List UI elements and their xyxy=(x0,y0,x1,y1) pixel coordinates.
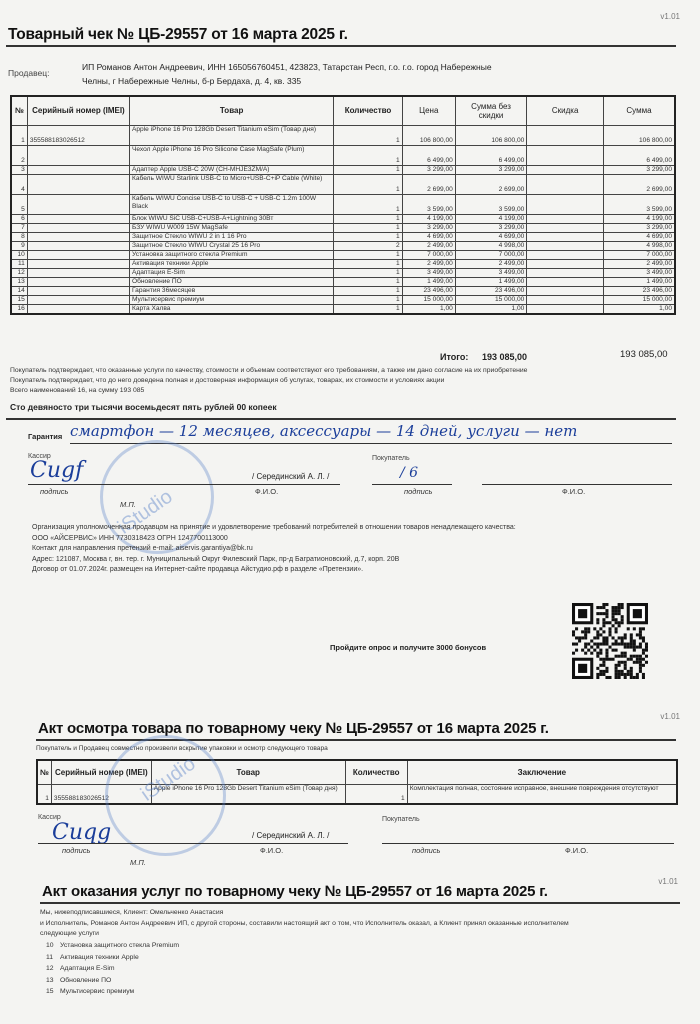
cell-qty: 1 xyxy=(334,174,402,194)
cell-discount xyxy=(527,304,604,314)
cell-item: Карта Халва xyxy=(129,304,333,314)
buyer-signature: / 6 xyxy=(400,465,418,481)
cell-discount xyxy=(527,295,604,304)
cell-item: Кабель WIWU Starlink USB-C to Micro+USB-… xyxy=(129,174,333,194)
cell-item: Адаптация E-Sim xyxy=(129,268,333,277)
seller-line-1: ИП Романов Антон Андреевич, ИНН 16505676… xyxy=(82,60,492,74)
warranty-label: Гарантия xyxy=(28,432,62,441)
cell-no: 4 xyxy=(11,174,27,194)
service-number: 10 xyxy=(46,940,60,952)
stamp-place-label: М.П. xyxy=(120,500,136,509)
cell-discount xyxy=(527,165,604,174)
cell-item: Apple iPhone 16 Pro 128Gb Desert Titaniu… xyxy=(129,125,333,145)
version-label: v1.01 xyxy=(660,12,680,21)
cell-sum: 1 499,00 xyxy=(603,277,675,286)
cell-sum-nodisc: 3 299,00 xyxy=(455,223,527,232)
cell-qty: 1 xyxy=(334,145,402,165)
cell-sum-nodisc: 1,00 xyxy=(455,304,527,314)
service-number: 15 xyxy=(46,986,60,998)
cell-qty: 1 xyxy=(334,165,402,174)
warranty-handwritten: смартфон — 12 месяцев, аксессуары — 14 д… xyxy=(70,422,577,440)
cell-sum: 4 199,00 xyxy=(603,214,675,223)
total-nodisc: 193 085,00 xyxy=(482,352,527,362)
cell-sum: 3 299,00 xyxy=(603,165,675,174)
cell-no: 6 xyxy=(11,214,27,223)
cell-discount xyxy=(527,277,604,286)
cell-serial xyxy=(27,250,129,259)
org-line-2: ООО «АЙСЕРВИС» ИНН 7730318423 ОГРН 12477… xyxy=(32,534,516,545)
cell-qty: 1 xyxy=(334,194,402,214)
cell-no: 8 xyxy=(11,232,27,241)
cell-discount xyxy=(527,125,604,145)
cell-discount xyxy=(527,259,604,268)
cell-serial xyxy=(27,286,129,295)
cell-price: 1,00 xyxy=(402,304,455,314)
org-line-1: Организация уполномоченная продавцом на … xyxy=(32,523,516,534)
cell-sum-nodisc: 15 000,00 xyxy=(455,295,527,304)
services-intro: Мы, нижеподписавшиеся, Клиент: Омельченк… xyxy=(40,908,680,940)
cell-no: 14 xyxy=(11,286,27,295)
table-row: 8Защитное Стекло WIWU 2 in 1 16 Pro14 69… xyxy=(11,232,675,241)
service-name: Мультисервис премиум xyxy=(60,988,134,995)
cell-sum-nodisc: 3 499,00 xyxy=(455,268,527,277)
cell-price: 2 499,00 xyxy=(402,241,455,250)
cell-qty: 1 xyxy=(334,232,402,241)
table-row: 7БЗУ WIWU W009 15W MagSafe13 299,003 299… xyxy=(11,223,675,232)
insp-buyer-line xyxy=(382,843,674,844)
service-number: 12 xyxy=(46,963,60,975)
cell-price: 3 499,00 xyxy=(402,268,455,277)
cell-price: 3 299,00 xyxy=(402,165,455,174)
cell-serial xyxy=(27,259,129,268)
cell-sum-nodisc: 6 499,00 xyxy=(455,145,527,165)
section-rule xyxy=(6,418,676,420)
cell-sum: 2 499,00 xyxy=(603,259,675,268)
cashier-name: / Серединский А. Л. / xyxy=(252,472,329,481)
inspection-stamp-text: iStudio xyxy=(137,753,200,807)
table-row: 5Кабель WIWU Concise USB-C to USB-C + US… xyxy=(11,194,675,214)
cell-serial xyxy=(27,145,129,165)
insp-signature-caption: подпись xyxy=(62,846,90,855)
insp-row-no: 1 xyxy=(37,784,51,804)
table-row: 13Обновление ПО11 499,001 499,001 499,00 xyxy=(11,277,675,286)
cell-serial xyxy=(27,295,129,304)
title-rule xyxy=(6,45,676,47)
table-row: 3Адаптер Apple USB-C 20W (CH-MHJE3ZM/A)1… xyxy=(11,165,675,174)
service-number: 13 xyxy=(46,975,60,987)
cell-serial xyxy=(27,241,129,250)
cell-qty: 1 xyxy=(334,125,402,145)
cell-no: 10 xyxy=(11,250,27,259)
cell-discount xyxy=(527,223,604,232)
cell-qty: 1 xyxy=(334,286,402,295)
cell-price: 23 496,00 xyxy=(402,286,455,295)
insp-col-no: № xyxy=(37,760,51,784)
qr-code-icon xyxy=(572,603,648,679)
cell-item: Мультисервис премиум xyxy=(129,295,333,304)
services-line-3: следующие услуги xyxy=(40,929,680,940)
cell-no: 12 xyxy=(11,268,27,277)
total-sum: 193 085,00 xyxy=(620,349,668,360)
cell-sum: 3 499,00 xyxy=(603,268,675,277)
cell-serial xyxy=(27,165,129,174)
insp-cashier-name: / Серединский А. Л. / xyxy=(252,831,329,840)
cell-qty: 2 xyxy=(334,241,402,250)
cashier-fio-caption: Ф.И.О. xyxy=(255,487,278,496)
confirm-text: Покупатель подтверждает, что оказанные у… xyxy=(10,366,527,396)
cashier-signature-caption: подпись xyxy=(40,487,68,496)
insp-buyer-fio-caption: Ф.И.О. xyxy=(565,846,588,855)
cell-sum-nodisc: 3 599,00 xyxy=(455,194,527,214)
col-qty: Количество xyxy=(334,96,402,125)
services-line-1: Мы, нижеподписавшиеся, Клиент: Омельченк… xyxy=(40,908,680,919)
seller-info: ИП Романов Антон Андреевич, ИНН 16505676… xyxy=(82,60,492,88)
insp-buyer-label: Покупатель xyxy=(382,816,420,823)
services-version: v1.01 xyxy=(658,877,678,886)
cell-discount xyxy=(527,214,604,223)
cell-no: 2 xyxy=(11,145,27,165)
cell-item: Чехол Apple iPhone 16 Pro Silicone Case … xyxy=(129,145,333,165)
inspection-version: v1.01 xyxy=(660,712,680,721)
cell-item: Гарантия 36месяцев xyxy=(129,286,333,295)
cell-sum: 4 699,00 xyxy=(603,232,675,241)
cell-sum-nodisc: 2 499,00 xyxy=(455,259,527,268)
inspection-title: Акт осмотра товара по товарному чеку № Ц… xyxy=(38,720,549,737)
cell-price: 2 699,00 xyxy=(402,174,455,194)
services-title: Акт оказания услуг по товарному чеку № Ц… xyxy=(42,883,548,900)
cell-price: 4 199,00 xyxy=(402,214,455,223)
cell-serial xyxy=(27,194,129,214)
org-line-4: Адрес: 121087, Москва г, вн. тер. г. Мун… xyxy=(32,555,516,566)
table-row: 1355588183026512Apple iPhone 16 Pro 128G… xyxy=(11,125,675,145)
table-row: 6Блок WIWU SiC USB-C+USB-A+Lightning 30В… xyxy=(11,214,675,223)
buyer-signature-caption: подпись xyxy=(404,487,432,496)
cell-sum-nodisc: 1 499,00 xyxy=(455,277,527,286)
table-row: 10Установка защитного стекла Premium17 0… xyxy=(11,250,675,259)
cell-sum-nodisc: 2 699,00 xyxy=(455,174,527,194)
cell-discount xyxy=(527,286,604,295)
service-item: 13Обновление ПО xyxy=(46,975,179,987)
cell-sum: 7 000,00 xyxy=(603,250,675,259)
cell-sum: 15 000,00 xyxy=(603,295,675,304)
cell-sum-nodisc: 106 800,00 xyxy=(455,125,527,145)
cell-price: 7 000,00 xyxy=(402,250,455,259)
cell-price: 6 499,00 xyxy=(402,145,455,165)
cell-item: Обновление ПО xyxy=(129,277,333,286)
col-price: Цена xyxy=(402,96,455,125)
table-row: 16Карта Халва11,001,001,00 xyxy=(11,304,675,314)
cell-sum: 3 599,00 xyxy=(603,194,675,214)
cell-sum: 3 299,00 xyxy=(603,223,675,232)
cell-item: Активация техники Apple xyxy=(129,259,333,268)
amount-in-words: Сто девяносто три тысячи восемьдесят пят… xyxy=(10,402,277,412)
cell-sum-nodisc: 4 998,00 xyxy=(455,241,527,250)
insp-buyer-signature-caption: подпись xyxy=(412,846,440,855)
buyer-fio-caption: Ф.И.О. xyxy=(562,487,585,496)
seller-line-2: Челны, г Набережные Челны, б-р Бердаха, … xyxy=(82,74,492,88)
table-row: 12Адаптация E-Sim13 499,003 499,003 499,… xyxy=(11,268,675,277)
seller-label: Продавец: xyxy=(8,68,49,78)
buyer-label: Покупатель xyxy=(372,455,410,462)
cell-sum-nodisc: 4 199,00 xyxy=(455,214,527,223)
table-header-row: № Серийный номер (IMEI) Товар Количество… xyxy=(11,96,675,125)
service-number: 11 xyxy=(46,952,60,964)
services-rule xyxy=(40,902,680,904)
cell-discount xyxy=(527,174,604,194)
cell-no: 5 xyxy=(11,194,27,214)
insp-fio-caption: Ф.И.О. xyxy=(260,846,283,855)
service-item: 10Установка защитного стекла Premium xyxy=(46,940,179,952)
cell-serial xyxy=(27,232,129,241)
insp-col-conclusion: Заключение xyxy=(407,760,677,784)
inspection-stamp: iStudio xyxy=(105,735,226,856)
cell-qty: 1 xyxy=(334,304,402,314)
cell-qty: 1 xyxy=(334,223,402,232)
cell-price: 2 499,00 xyxy=(402,259,455,268)
cell-price: 3 599,00 xyxy=(402,194,455,214)
insp-row-conclusion: Комплектация полная, состояние исправное… xyxy=(407,784,677,804)
cell-serial xyxy=(27,174,129,194)
cell-qty: 1 xyxy=(334,268,402,277)
cell-qty: 1 xyxy=(334,214,402,223)
org-line-5: Договор от 01.07.2024г. размещен на Инте… xyxy=(32,565,516,576)
col-discount: Скидка xyxy=(527,96,604,125)
cell-serial xyxy=(27,223,129,232)
cell-qty: 1 xyxy=(334,277,402,286)
cell-qty: 1 xyxy=(334,250,402,259)
insp-row-qty: 1 xyxy=(345,784,407,804)
cell-sum: 1,00 xyxy=(603,304,675,314)
cell-price: 4 699,00 xyxy=(402,232,455,241)
cell-no: 13 xyxy=(11,277,27,286)
cashier-sign-line xyxy=(28,484,340,485)
inspection-rule xyxy=(36,739,676,741)
cell-serial xyxy=(27,277,129,286)
receipt-title: Товарный чек № ЦБ-29557 от 16 марта 2025… xyxy=(8,26,348,44)
cell-no: 15 xyxy=(11,295,27,304)
cell-serial xyxy=(27,304,129,314)
cell-serial: 355588183026512 xyxy=(27,125,129,145)
cell-discount xyxy=(527,145,604,165)
cell-discount xyxy=(527,194,604,214)
table-row: 9Защитное Стекло WIWU Crystal 25 16 Pro2… xyxy=(11,241,675,250)
cell-no: 16 xyxy=(11,304,27,314)
cell-discount xyxy=(527,268,604,277)
cell-sum: 4 998,00 xyxy=(603,241,675,250)
org-line-3: Контакт для направления претензий e-mail… xyxy=(32,544,516,555)
buyer-fio-line xyxy=(482,484,672,485)
service-item: 11Активация техники Apple xyxy=(46,952,179,964)
cell-item: Защитное Стекло WIWU 2 in 1 16 Pro xyxy=(129,232,333,241)
cell-price: 1 499,00 xyxy=(402,277,455,286)
cell-item: Защитное Стекло WIWU Crystal 25 16 Pro xyxy=(129,241,333,250)
cell-discount xyxy=(527,250,604,259)
cell-sum: 23 496,00 xyxy=(603,286,675,295)
table-row: 2Чехол Apple iPhone 16 Pro Silicone Case… xyxy=(11,145,675,165)
cell-item: Адаптер Apple USB-C 20W (CH-MHJE3ZM/A) xyxy=(129,165,333,174)
service-name: Установка защитного стекла Premium xyxy=(60,942,179,949)
cell-sum: 6 499,00 xyxy=(603,145,675,165)
cell-item: БЗУ WIWU W009 15W MagSafe xyxy=(129,223,333,232)
cell-item: Установка защитного стекла Premium xyxy=(129,250,333,259)
cell-item: Блок WIWU SiC USB-C+USB-A+Lightning 30Вт xyxy=(129,214,333,223)
cashier-signature: Cugf xyxy=(30,458,83,483)
confirm-line-2: Покупатель подтверждает, что до него дов… xyxy=(10,376,527,386)
total-label: Итого: xyxy=(440,352,468,362)
cell-sum-nodisc: 3 299,00 xyxy=(455,165,527,174)
buyer-sign-line xyxy=(372,484,452,485)
cell-price: 15 000,00 xyxy=(402,295,455,304)
table-row: 11Активация техники Apple12 499,002 499,… xyxy=(11,259,675,268)
services-line-2: и Исполнитель, Романов Антон Андреевич И… xyxy=(40,919,680,930)
col-item: Товар xyxy=(129,96,333,125)
receipt-table: № Серийный номер (IMEI) Товар Количество… xyxy=(10,95,676,315)
cell-qty: 1 xyxy=(334,259,402,268)
cell-discount xyxy=(527,241,604,250)
insp-stamp-place: М.П. xyxy=(130,858,146,867)
cell-item: Кабель WIWU Concise USB-C to USB-C + USB… xyxy=(129,194,333,214)
col-sum: Сумма xyxy=(603,96,675,125)
cell-sum-nodisc: 4 699,00 xyxy=(455,232,527,241)
cell-sum: 2 699,00 xyxy=(603,174,675,194)
col-sum-nodisc: Сумма без скидки xyxy=(455,96,527,125)
services-list: 10Установка защитного стекла Premium11Ак… xyxy=(46,940,179,998)
insp-col-qty: Количество xyxy=(345,760,407,784)
cell-sum-nodisc: 23 496,00 xyxy=(455,286,527,295)
org-info: Организация уполномоченная продавцом на … xyxy=(32,523,516,576)
service-name: Адаптация E-Sim xyxy=(60,965,115,972)
cell-sum-nodisc: 7 000,00 xyxy=(455,250,527,259)
service-item: 15Мультисервис премиум xyxy=(46,986,179,998)
cell-price: 3 299,00 xyxy=(402,223,455,232)
cell-serial xyxy=(27,214,129,223)
col-no: № xyxy=(11,96,27,125)
items-count: Всего наименований 16, на сумму 193 085 xyxy=(10,386,527,396)
cell-sum: 106 800,00 xyxy=(603,125,675,145)
cell-no: 3 xyxy=(11,165,27,174)
table-row: 15Мультисервис премиум115 000,0015 000,0… xyxy=(11,295,675,304)
service-name: Активация техники Apple xyxy=(60,954,139,961)
cell-no: 1 xyxy=(11,125,27,145)
service-item: 12Адаптация E-Sim xyxy=(46,963,179,975)
cell-price: 106 800,00 xyxy=(402,125,455,145)
cell-no: 9 xyxy=(11,241,27,250)
cell-no: 7 xyxy=(11,223,27,232)
qr-code[interactable] xyxy=(572,603,648,679)
table-row: 14Гарантия 36месяцев123 496,0023 496,002… xyxy=(11,286,675,295)
table-row: 4Кабель WIWU Starlink USB-C to Micro+USB… xyxy=(11,174,675,194)
insp-cashier-line xyxy=(38,843,348,844)
insp-cashier-signature: Cuqg xyxy=(52,820,111,845)
survey-text: Пройдите опрос и получите 3000 бонусов xyxy=(330,643,486,652)
confirm-line-1: Покупатель подтверждает, что оказанные у… xyxy=(10,366,527,376)
col-serial: Серийный номер (IMEI) xyxy=(27,96,129,125)
cell-discount xyxy=(527,232,604,241)
cell-qty: 1 xyxy=(334,295,402,304)
service-name: Обновление ПО xyxy=(60,977,111,984)
cell-no: 11 xyxy=(11,259,27,268)
cell-serial xyxy=(27,268,129,277)
